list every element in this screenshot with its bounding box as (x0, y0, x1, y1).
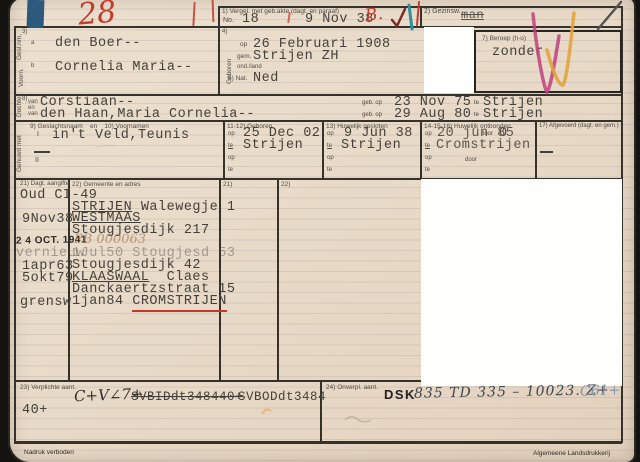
spouse-birth-place: Strijen (243, 139, 303, 153)
register-date: 9Nov38 (22, 213, 74, 227)
divorce-place: Cromstrijen (436, 139, 531, 153)
mother-birth-date: 29 Aug 80 (394, 108, 471, 122)
field2-label: 2) Gezinsw. (424, 8, 461, 16)
birth-place-value: Strijen ZH (253, 50, 339, 64)
door-label: door (465, 157, 477, 164)
grid-line (14, 441, 622, 444)
spouse-name: in't Veld,Teunis (52, 129, 190, 143)
grid-line (277, 178, 279, 380)
op-label: op (327, 155, 334, 162)
handwritten-card-number: 28 (77, 0, 118, 33)
dochter-rotated-label: Dochter (17, 94, 24, 117)
register-row: 1jan84 CROMSTRIJEN (72, 295, 227, 309)
land-label: ond./land (237, 64, 262, 71)
mother-name: den Haan,Maria Cornelia-- (40, 108, 255, 122)
onverplicht-label: 24) Onverpl. aant. (326, 384, 378, 391)
te-label: te (474, 100, 479, 107)
te-label: te (228, 167, 233, 174)
op-label: op (425, 131, 432, 138)
surname-rotated-label: Gesl.nm, (17, 34, 24, 60)
geb-op-label: geb. op (362, 112, 382, 119)
beroep-value: zonder (492, 46, 544, 60)
redaction-box-small (424, 27, 474, 93)
register-date-header: 21) Dagt. aangifte (20, 181, 69, 188)
gehuwd-rotated-label: Gehuwd met (17, 135, 24, 172)
van-label: van (28, 111, 38, 118)
date-prefix: 1jan84 (72, 294, 132, 309)
footer-left-note: Nadruk verboden (24, 449, 74, 456)
op-label: op (228, 155, 235, 162)
footer-printer-name: Algemeene Landsdrukkerij (533, 450, 610, 457)
door-label: door (481, 131, 493, 138)
geb-op-label: geb. op (362, 100, 382, 107)
register-col4-header: 22) (281, 181, 290, 188)
grid-line (218, 6, 220, 94)
grid-line (535, 120, 537, 178)
code-value-line2: 40+ (22, 404, 48, 418)
struck-code: SVBIDdt348440+ (131, 391, 243, 404)
register-col3-header: 21) (223, 181, 232, 188)
grid-line (420, 6, 422, 26)
te-label: te (228, 143, 233, 150)
dsk-stamp: DSK (384, 387, 416, 402)
place-name-red-underline: CROMSTRIJEN (132, 294, 227, 312)
register-date: grensw (20, 296, 72, 310)
nat-label: 5) Nat. (228, 75, 248, 82)
grid-line (420, 120, 422, 178)
nationality-value: Ned (253, 72, 279, 86)
te-label: te (474, 112, 479, 119)
marriage-place: Strijen (341, 139, 401, 153)
street: Walewegje 1 (132, 200, 235, 215)
sub-b-label: b (31, 63, 34, 70)
op-label: op (425, 155, 432, 162)
registration-card-scan: 28 1) Vergel. met geb.akte (dagt. en par… (0, 0, 640, 462)
surname-value: den Boer-- (55, 37, 141, 51)
gem-label: gem. (237, 53, 251, 60)
handwritten-pb-number: PB 000063 (74, 232, 146, 247)
code-value: SVBODdt3484 (238, 391, 326, 404)
no-label: No. (223, 17, 234, 25)
firstname-rotated-label: Voorn. (19, 68, 26, 87)
roman-one-label: I (37, 131, 39, 139)
op-label: op (327, 131, 334, 138)
blue-index-tab (27, 0, 45, 28)
beroep-label: 7) Beroep (h-o) (482, 35, 526, 42)
blank-dash (34, 151, 50, 153)
te-label: te (327, 167, 332, 174)
op-label: op (228, 131, 235, 138)
grid-line (223, 120, 225, 178)
gezin-value-struck: man (461, 9, 484, 21)
op-label: op (240, 41, 247, 48)
te-label: te (425, 143, 430, 150)
register-date: 5okt79 (22, 272, 74, 286)
roman-two-label: II (35, 157, 39, 165)
handwritten-paraph: B. (364, 4, 385, 26)
akte-number: 18 (242, 13, 259, 27)
te-label: te (327, 143, 332, 150)
redaction-box-large (421, 179, 622, 386)
sub-a-label: a (31, 40, 34, 47)
handwritten-code-light: C61+ (580, 382, 621, 399)
te-label: te (425, 167, 430, 174)
mother-birth-place: Strijen (483, 108, 543, 122)
grid-line (322, 120, 324, 178)
num4-label: 4) (222, 29, 227, 36)
verplicht-label: 23) Verplichte aant. (20, 384, 76, 391)
blank-dash (540, 151, 553, 153)
afgevoerd-header: 17) Afgevoerd (dagt. en gem.) (539, 123, 619, 130)
grid-line (14, 26, 16, 443)
firstnames-value: Cornelia Maria-- (55, 61, 193, 75)
akte-date: 9 Nov 38 (305, 13, 374, 27)
